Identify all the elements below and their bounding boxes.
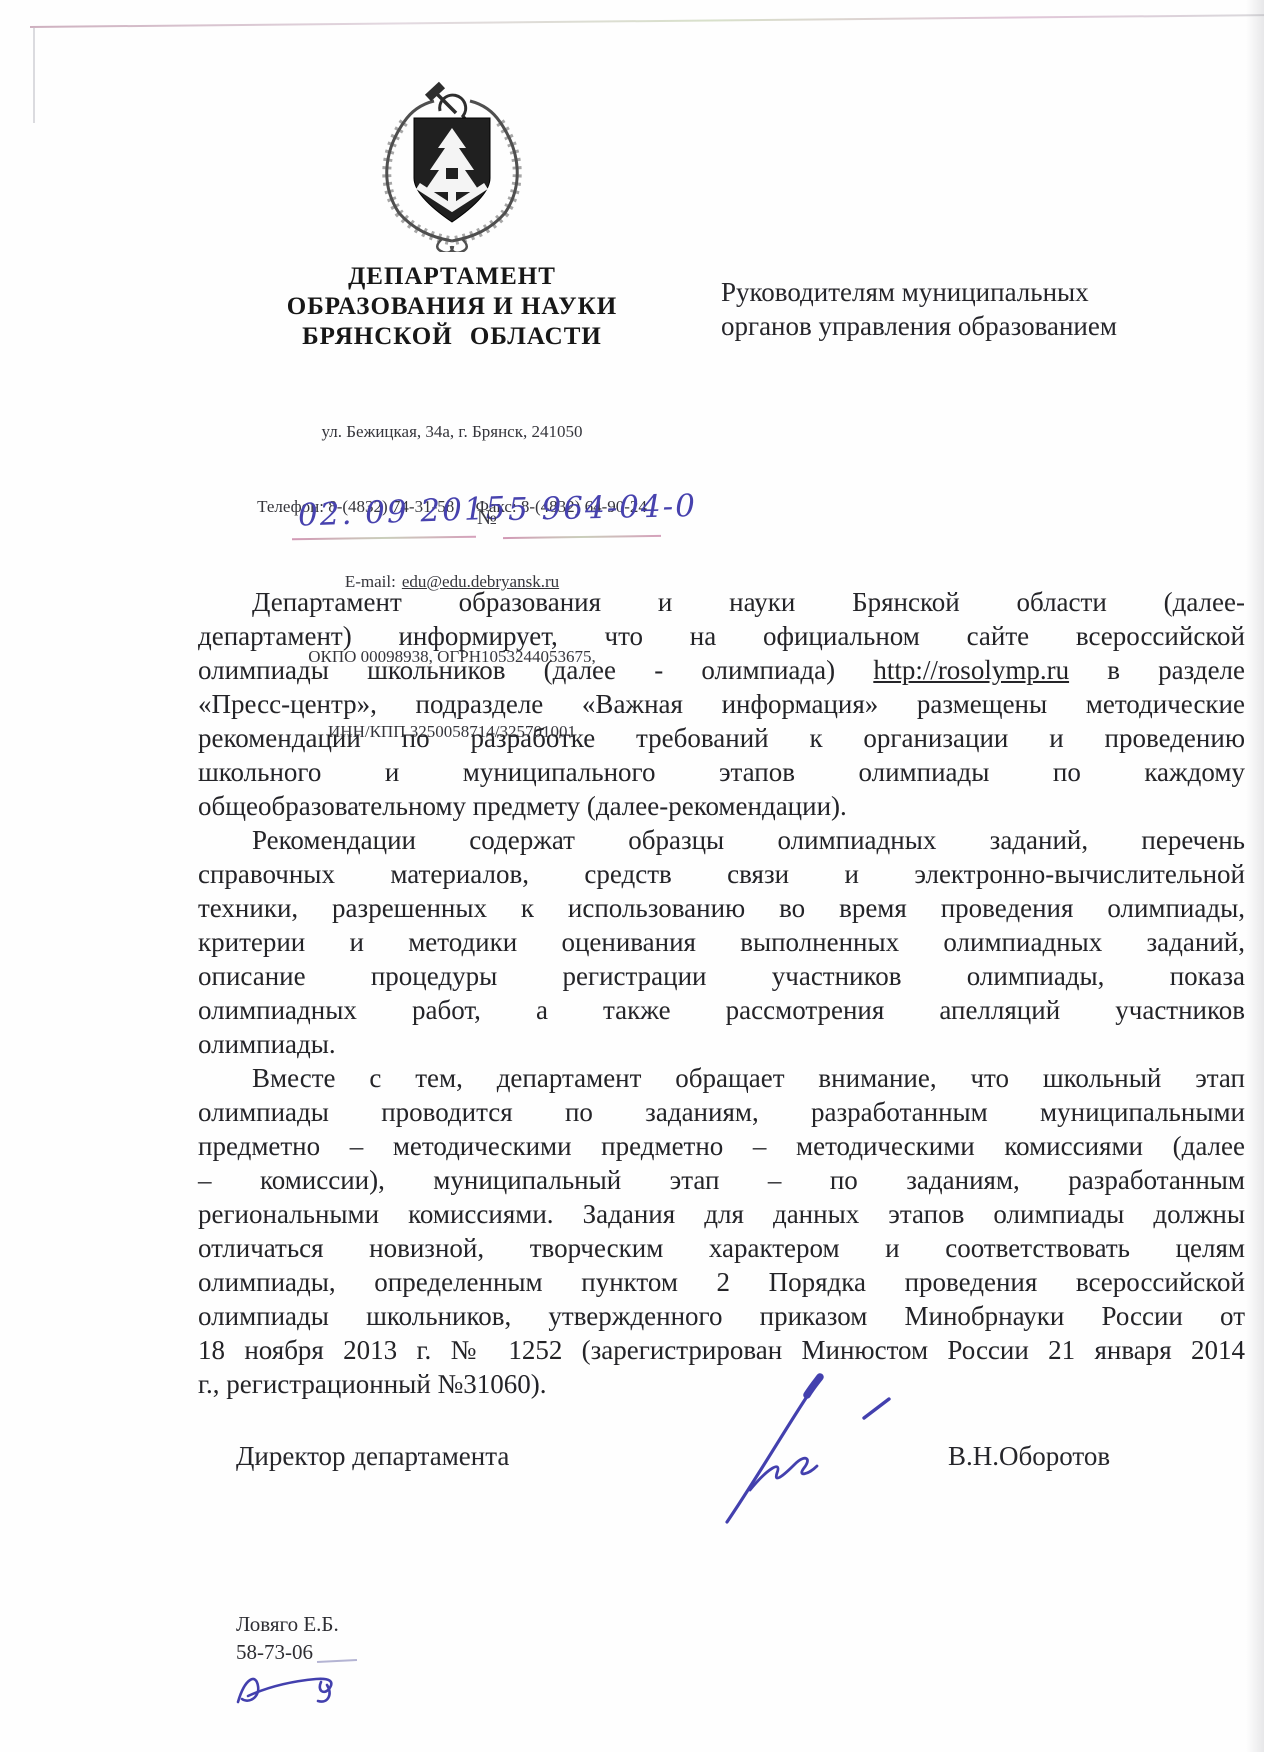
text-line: предметно – методическими предметно – ме… (198, 1129, 1245, 1163)
text-line: общеобразовательному предмету (далее-рек… (198, 789, 1245, 823)
text-segment: олимпиады школьников (далее - олимпиада) (198, 655, 873, 685)
link-url-text: http://rosolymp.ru (873, 655, 1069, 685)
scan-artifact-right-band (1246, 0, 1264, 1752)
text-line: олимпиады проводится по заданиям, разраб… (198, 1095, 1245, 1129)
text-line: описание процедуры регистрации участнико… (198, 959, 1245, 993)
text-line: отличаться новизной, творческим характер… (198, 1231, 1245, 1265)
text-line: Вместе с тем, департамент обращает внима… (198, 1061, 1245, 1095)
text-line: олимпиады школьников (далее - олимпиада)… (198, 653, 1245, 687)
signer-name: В.Н.Оборотов (948, 1441, 1110, 1472)
text-line: олимпиады школьников, утвержденного прик… (198, 1299, 1245, 1333)
recipient-line: Руководителям муниципальных (721, 275, 1151, 309)
text-line: – комиссии), муниципальный этап – по зад… (198, 1163, 1245, 1197)
signer-position-label: Директор департамента (236, 1441, 509, 1472)
text-line: «Пресс-центр», подразделе «Важная информ… (198, 687, 1245, 721)
letterhead-org-name: ДЕПАРТАМЕНТ ОБРАЗОВАНИЯ И НАУКИ БРЯНСКОЙ… (202, 262, 702, 352)
executor-name: Ловяго Е.Б. (236, 1612, 339, 1637)
text-line: олимпиады, определенным пунктом 2 Порядк… (198, 1265, 1245, 1299)
text-line: справочных материалов, средств связи и э… (198, 857, 1245, 891)
text-line: критерии и методики оценивания выполненн… (198, 925, 1245, 959)
letter-body: Департамент образования и науки Брянской… (198, 585, 1245, 1401)
coat-of-arms-icon (362, 80, 542, 252)
text-segment: в разделе (1069, 655, 1245, 685)
org-name-line: ДЕПАРТАМЕНТ (202, 262, 702, 292)
text-line: техники, разрешенных к использованию во … (198, 891, 1245, 925)
address-line: ул. Бежицкая, 34а, г. Брянск, 241050 (202, 419, 702, 444)
text-line: Рекомендации содержат образцы олимпиадны… (198, 823, 1245, 857)
director-signature-ink (712, 1372, 912, 1540)
hammer-sickle-icon (428, 85, 469, 123)
text-line: Департамент образования и науки Брянской… (198, 585, 1245, 619)
body-paragraph: Рекомендации содержат образцы олимпиадны… (198, 823, 1245, 1061)
recipient-block: Руководителям муниципальных органов упра… (721, 275, 1151, 343)
text-line: олимпиадных работ, а также рассмотрения … (198, 993, 1245, 1027)
outgoing-number-handwritten: 5 964-04-0 (508, 488, 698, 528)
scanned-letter-page: ДЕПАРТАМЕНТ ОБРАЗОВАНИЯ И НАУКИ БРЯНСКОЙ… (0, 0, 1264, 1752)
text-line: школьного и муниципального этапов олимпи… (198, 755, 1245, 789)
body-paragraph: Вместе с тем, департамент обращает внима… (198, 1061, 1245, 1401)
text-line: рекомендации по разработке требований к … (198, 721, 1245, 755)
org-name-line: БРЯНСКОЙ ОБЛАСТИ (202, 322, 702, 352)
body-paragraph: Департамент образования и науки Брянской… (198, 585, 1245, 823)
text-line: департамент) информирует, что на официал… (198, 619, 1245, 653)
org-name-line: ОБРАЗОВАНИЯ И НАУКИ (202, 292, 702, 322)
text-line: олимпиады. (198, 1027, 1245, 1061)
recipient-line: органов управления образованием (721, 309, 1151, 343)
executor-signature-ink (232, 1660, 347, 1710)
scan-artifact-left-streak (33, 28, 35, 123)
scan-artifact-top-line (30, 14, 1264, 28)
text-line: 18 ноября 2013 г. № 1252 (зарегистрирова… (198, 1333, 1245, 1367)
text-line: региональными комиссиями. Задания для да… (198, 1197, 1245, 1231)
shield-emblem (414, 118, 490, 222)
numero-sign: № (477, 505, 497, 530)
